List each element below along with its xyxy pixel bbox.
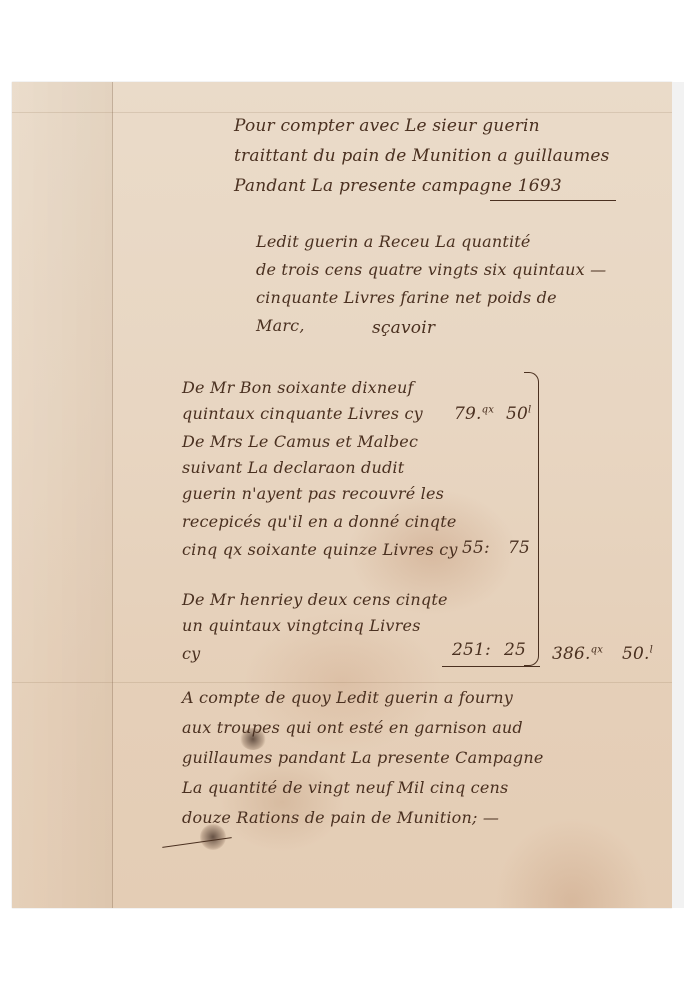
entry-2-quintaux: 55: (462, 538, 490, 558)
date-underline (490, 200, 616, 201)
intro-line-3: cinquante Livres farine net poids de (256, 288, 557, 307)
scavoir-label: sçavoir (372, 318, 435, 338)
intro-line-2: de trois cens quatre vingts six quintaux… (256, 260, 606, 279)
closing-line-1: A compte de quoy Ledit guerin a fourny (182, 688, 513, 707)
entry-3-line-1: De Mr henriey deux cens cinqte (182, 590, 448, 609)
page-fold-left (12, 82, 113, 908)
closing-line-4: La quantité de vingt neuf Mil cinq cens (182, 778, 508, 797)
entry-1-line-2: quintaux cinquante Livres cy (182, 404, 423, 423)
entry-3-line-3: cy (182, 644, 200, 663)
fold-line (12, 682, 672, 683)
total-quintaux: 386.qx (552, 644, 603, 664)
closing-line-3: guillaumes pandant La presente Campagne (182, 748, 544, 767)
manuscript-page: Pour compter avec Le sieur guerin traitt… (12, 82, 672, 908)
entry-2-line-2: suivant La declaraon dudit (182, 458, 404, 477)
intro-line-1: Ledit guerin a Receu La quantité (256, 232, 531, 251)
entry-2-line-4: recepicés qu'il en a donné cinqte (182, 512, 457, 531)
heading-line-1: Pour compter avec Le sieur guerin (234, 116, 540, 136)
total-livres: 50.l (622, 644, 653, 664)
entry-2-line-5: cinq qx soixante quinze Livres cy (182, 540, 458, 559)
closing-line-2: aux troupes qui ont esté en garnison aud (182, 718, 523, 737)
entry-1-line-1: De Mr Bon soixante dixneuf (182, 378, 414, 397)
heading-line-3: Pandant La presente campagne 1693 (234, 176, 562, 196)
entry-1-quintaux: 79.qx (454, 404, 494, 424)
entry-3-line-2: un quintaux vingtcinq Livres (182, 616, 421, 635)
fold-line (12, 112, 672, 113)
heading-line-2: traittant du pain de Munition a guillaum… (234, 146, 610, 166)
sum-underline (442, 666, 540, 667)
sum-bracket (524, 372, 539, 666)
entry-2-line-3: guerin n'ayent pas recouvré les (182, 484, 444, 503)
page-edge (672, 82, 684, 908)
entry-3-quintaux: 251: (452, 640, 491, 660)
ink-blot (240, 728, 266, 750)
closing-line-5: douze Rations de pain de Munition; — (182, 808, 499, 827)
entry-2-line-1: De Mrs Le Camus et Malbec (182, 432, 418, 451)
entry-3-livres: 25 (504, 640, 526, 660)
ink-blot (200, 824, 226, 850)
intro-line-4: Marc, (256, 316, 305, 335)
